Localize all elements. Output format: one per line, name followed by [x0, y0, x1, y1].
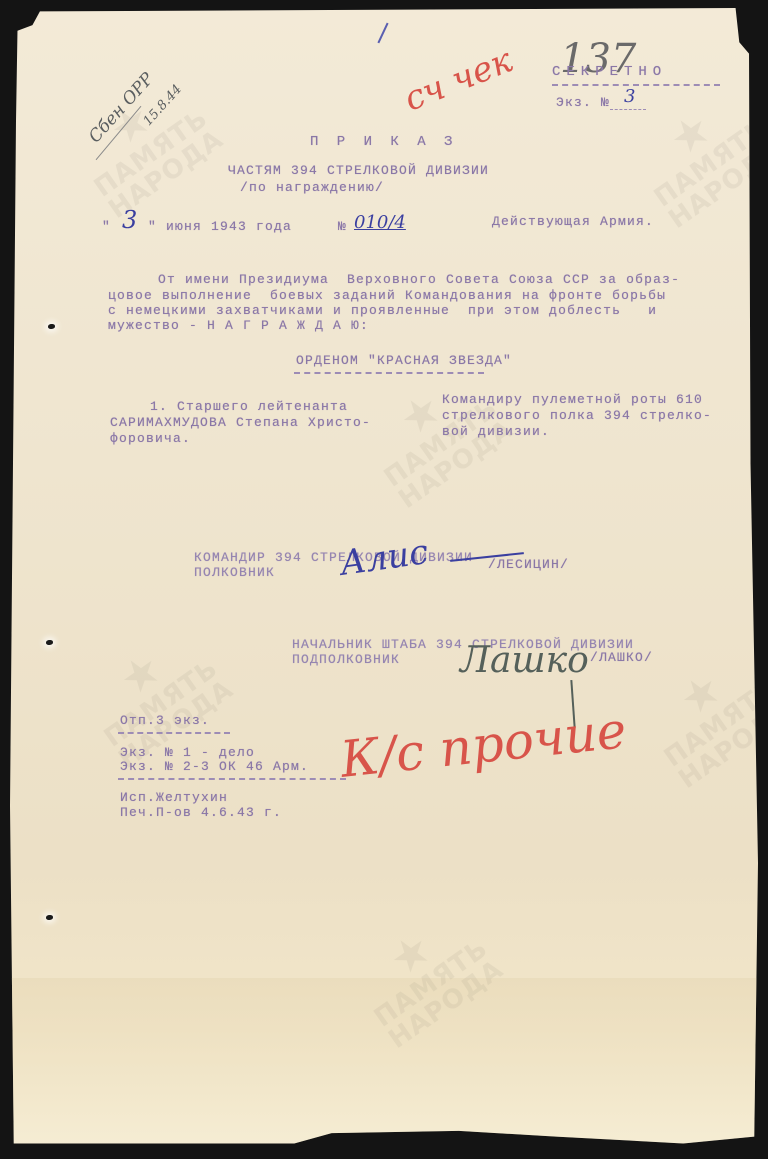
divider: [118, 732, 230, 734]
date-day: 3: [122, 206, 137, 234]
document-page: ★ПАМЯТЬНАРОДА ★ПАМЯТЬНАРОДА ★ПАМЯТЬНАРОД…: [10, 8, 758, 1148]
divider: [552, 84, 720, 86]
paper-fold-shade: [10, 978, 758, 1148]
body-line-2: цовое выполнение боевых заданий Командов…: [108, 289, 666, 302]
classification-label: СЕКРЕТНО: [552, 66, 667, 79]
chief-of-staff-name: /ЛАШКО/: [590, 651, 653, 664]
awardee-rank: 1. Старшего лейтенанта: [150, 400, 348, 413]
commander-signature: Алис: [338, 532, 431, 584]
award-name: ОРДЕНОМ "КРАСНАЯ ЗВЕЗДА": [296, 354, 512, 367]
chief-of-staff-rank: ПОДПОЛКОВНИК: [292, 653, 400, 666]
handwritten-red-note: сч чек: [399, 40, 518, 119]
order-subtitle-2: /по награждению/: [240, 181, 384, 194]
date-text: " июня 1943 года: [148, 220, 292, 233]
awardee-position-3: вой дивизии.: [442, 425, 550, 438]
awardee-rank-text: Старшего лейтенанта: [177, 399, 348, 414]
divider: [118, 778, 346, 780]
divider: [294, 372, 484, 374]
typist-date: Печ.П-ов 4.6.43 г.: [120, 806, 282, 819]
awardee-name-2: форовича.: [110, 432, 191, 445]
copy-label: Экз. №: [556, 96, 610, 109]
commander-title: КОМАНДИР 394 СТРЕЛКОВОЙ ДИВИЗИИ: [194, 551, 473, 564]
punch-hole: [46, 915, 53, 920]
copy-1-destination: Экз. № 1 - дело: [120, 746, 255, 759]
page-title: П Р И К А З: [310, 136, 457, 149]
location-text: Действующая Армия.: [492, 215, 654, 228]
body-line-4: мужество - Н А Г Р А Ж Д А Ю:: [108, 319, 369, 332]
punch-hole: [46, 640, 53, 645]
awardee-name-1: САРИМАХМУДОВА Степана Христо-: [110, 416, 371, 429]
body-line-1: От имени Президиума Верховного Совета Со…: [158, 273, 680, 286]
watermark: ★ПАМЯТЬНАРОДА: [634, 639, 768, 794]
handwritten-red-annotation: К/с прочие: [338, 701, 629, 789]
copies-printed: Отп.3 экз.: [120, 714, 210, 727]
awardee-number: 1.: [150, 399, 168, 414]
watermark: ★ПАМЯТЬНАРОДА: [624, 79, 768, 234]
date-quote: ": [102, 220, 111, 233]
executor: Исп.Желтухин: [120, 791, 228, 804]
order-number: 010/4: [354, 212, 406, 233]
pencil-mark: [377, 23, 388, 44]
body-line-3: с немецкими захватчиками и проявленные п…: [108, 304, 657, 317]
handwritten-note-top-left: Сбен ОРР: [85, 69, 158, 147]
awardee-position-1: Командиру пулеметной роты 610: [442, 393, 703, 406]
commander-name: /ЛЕСИЦИН/: [488, 558, 569, 571]
copy-2-destination: Экз. № 2-3 ОК 46 Арм.: [120, 760, 309, 773]
commander-rank: ПОЛКОВНИК: [194, 566, 275, 579]
order-subtitle: ЧАСТЯМ 394 СТРЕЛКОВОЙ ДИВИЗИИ: [228, 164, 489, 177]
punch-hole: [48, 324, 55, 329]
copy-number: 3: [624, 86, 635, 107]
awardee-position-2: стрелкового полка 394 стрелко-: [442, 409, 712, 422]
divider: [610, 109, 646, 110]
chief-of-staff-signature: Лашко: [460, 640, 589, 681]
order-number-label: №: [338, 220, 347, 233]
